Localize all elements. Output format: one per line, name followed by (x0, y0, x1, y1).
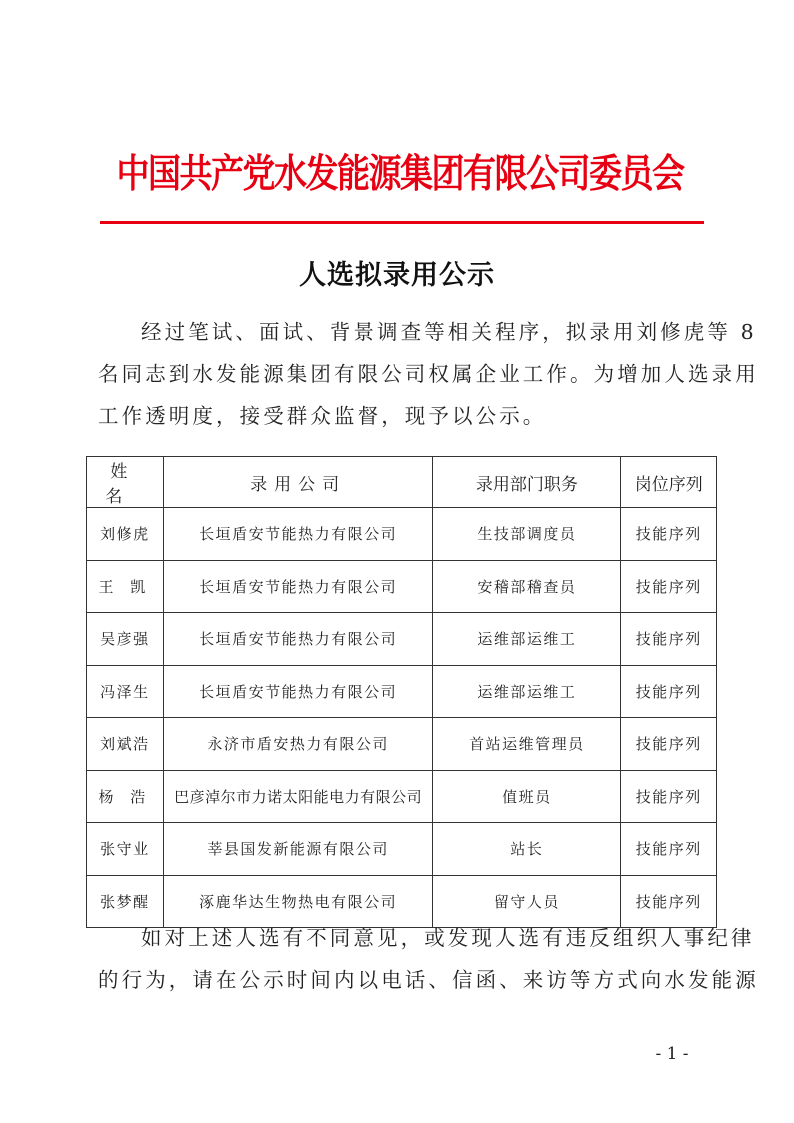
cell-company: 莘县国发新能源有限公司 (163, 823, 433, 876)
cell-company: 长垣盾安节能热力有限公司 (163, 665, 433, 718)
cell-sequence: 技能序列 (621, 718, 717, 771)
intro-line: 工作透明度，接受群众监督，现予以公示。 (98, 395, 700, 437)
cell-name: 刘斌浩 (87, 718, 164, 771)
cell-name: 刘修虎 (87, 508, 164, 561)
cell-name: 杨 浩 (87, 770, 164, 823)
cell-position: 运维部运维工 (433, 613, 621, 666)
cell-position: 值班员 (433, 770, 621, 823)
organization-title: 中国共产党水发能源集团有限公司委员会 (96, 141, 704, 207)
table-row: 冯泽生 长垣盾安节能热力有限公司 运维部运维工 技能序列 (87, 665, 717, 718)
outro-line: 如对上述人选有不同意见，或发现人选有违反组织人事纪律 (98, 917, 700, 959)
cell-sequence: 技能序列 (621, 613, 717, 666)
intro-paragraph: 经过笔试、面试、背景调查等相关程序，拟录用刘修虎等 8 名同志到水发能源集团有限… (98, 311, 700, 437)
cell-company: 长垣盾安节能热力有限公司 (163, 560, 433, 613)
cell-company: 巴彦淖尔市力诺太阳能电力有限公司 (163, 770, 433, 823)
cell-sequence: 技能序列 (621, 770, 717, 823)
cell-position: 站长 (433, 823, 621, 876)
header-name: 姓 名 (87, 457, 164, 508)
candidate-table: 姓 名 录用公司 录用部门职务 岗位序列 刘修虎 长垣盾安节能热力有限公司 生技… (86, 456, 717, 928)
cell-name: 张守业 (87, 823, 164, 876)
cell-company: 永济市盾安热力有限公司 (163, 718, 433, 771)
header-position: 录用部门职务 (433, 457, 621, 508)
cell-company: 长垣盾安节能热力有限公司 (163, 508, 433, 561)
cell-sequence: 技能序列 (621, 508, 717, 561)
cell-position: 运维部运维工 (433, 665, 621, 718)
table-row: 吴彦强 长垣盾安节能热力有限公司 运维部运维工 技能序列 (87, 613, 717, 666)
page-number: - 1 - (648, 1040, 696, 1068)
cell-sequence: 技能序列 (621, 665, 717, 718)
header-company: 录用公司 (163, 457, 433, 508)
intro-line: 名同志到水发能源集团有限公司权属企业工作。为增加人选录用 (98, 353, 700, 395)
table-header-row: 姓 名 录用公司 录用部门职务 岗位序列 (87, 457, 717, 508)
document-title: 人选拟录用公示 (0, 254, 794, 298)
table-row: 杨 浩 巴彦淖尔市力诺太阳能电力有限公司 值班员 技能序列 (87, 770, 717, 823)
intro-line: 经过笔试、面试、背景调查等相关程序，拟录用刘修虎等 8 (98, 311, 700, 353)
table-row: 刘斌浩 永济市盾安热力有限公司 首站运维管理员 技能序列 (87, 718, 717, 771)
cell-sequence: 技能序列 (621, 560, 717, 613)
table-row: 王 凯 长垣盾安节能热力有限公司 安稽部稽查员 技能序列 (87, 560, 717, 613)
table-row: 张守业 莘县国发新能源有限公司 站长 技能序列 (87, 823, 717, 876)
cell-company: 长垣盾安节能热力有限公司 (163, 613, 433, 666)
cell-position: 生技部调度员 (433, 508, 621, 561)
cell-name: 吴彦强 (87, 613, 164, 666)
table-row: 刘修虎 长垣盾安节能热力有限公司 生技部调度员 技能序列 (87, 508, 717, 561)
outro-line: 的行为，请在公示时间内以电话、信函、来访等方式向水发能源 (98, 959, 700, 1001)
header-sequence: 岗位序列 (621, 457, 717, 508)
cell-position: 安稽部稽查员 (433, 560, 621, 613)
cell-sequence: 技能序列 (621, 823, 717, 876)
cell-name: 王 凯 (87, 560, 164, 613)
cell-position: 首站运维管理员 (433, 718, 621, 771)
outro-paragraph: 如对上述人选有不同意见，或发现人选有违反组织人事纪律 的行为，请在公示时间内以电… (98, 917, 700, 1001)
cell-name: 冯泽生 (87, 665, 164, 718)
red-divider-line (100, 221, 704, 224)
